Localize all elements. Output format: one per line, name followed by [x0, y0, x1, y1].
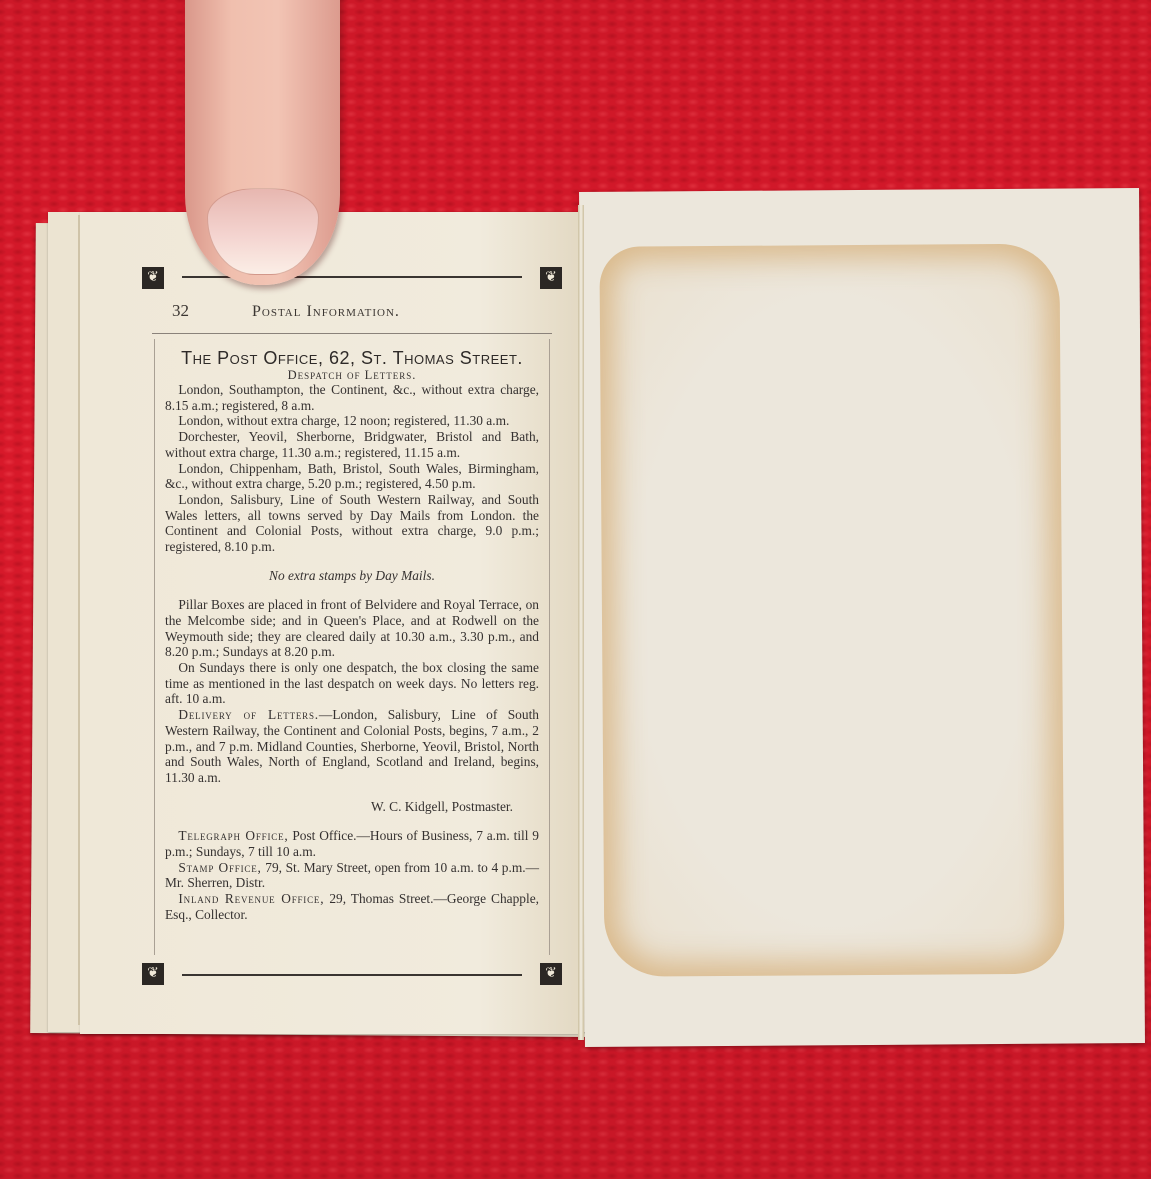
header-rule	[152, 333, 552, 334]
delivery-paragraph: Delivery of Letters.—London, Salisbury, …	[165, 707, 539, 786]
inland-revenue-heading: Inland Revenue Office,	[178, 891, 324, 906]
running-head: Postal Information.	[252, 303, 400, 321]
telegraph-paragraph: Telegraph Office, Post Office.—Hours of …	[165, 828, 539, 859]
despatch-paragraph: London, without extra charge, 12 noon; r…	[165, 413, 539, 429]
despatch-paragraph: Dorchester, Yeovil, Sherborne, Bridgwate…	[165, 429, 539, 460]
day-mails-note: No extra stamps by Day Mails.	[165, 568, 539, 584]
telegraph-heading: Telegraph Office,	[178, 828, 288, 843]
corner-ornament-top-right: ❦	[540, 267, 562, 289]
foxing-stain	[599, 244, 1064, 977]
corner-ornament-bottom-right: ❦	[540, 963, 562, 985]
section-title: The Post Office, 62, St. Thomas Street.	[165, 347, 539, 369]
despatch-paragraph: London, Southampton, the Continent, &c.,…	[165, 382, 539, 413]
despatch-heading: Despatch of Letters.	[165, 369, 539, 382]
booklet-spine	[578, 205, 584, 1040]
left-page: ❦ ❦ ❦ ❦ 32 Postal Information. The Post …	[80, 212, 580, 1034]
postmaster-signature: W. C. Kidgell, Postmaster.	[165, 799, 539, 815]
page-number: 32	[172, 301, 252, 321]
pillar-boxes-paragraph: Pillar Boxes are placed in front of Belv…	[165, 597, 539, 660]
despatch-paragraph: London, Salisbury, Line of South Western…	[165, 492, 539, 555]
page-edge	[78, 215, 80, 1025]
page-body: The Post Office, 62, St. Thomas Street. …	[154, 339, 550, 955]
thumb-holding-page	[185, 0, 340, 285]
corner-ornament-bottom-left: ❦	[142, 963, 164, 985]
right-page-blank	[579, 188, 1145, 1047]
page-header: 32 Postal Information.	[172, 301, 542, 321]
bottom-rule	[182, 974, 522, 976]
stamp-office-heading: Stamp Office,	[178, 860, 261, 875]
sunday-paragraph: On Sundays there is only one despatch, t…	[165, 660, 539, 707]
inland-revenue-paragraph: Inland Revenue Office, 29, Thomas Street…	[165, 891, 539, 922]
delivery-heading: Delivery of Letters.	[178, 707, 319, 722]
ornamental-frame: ❦ ❦ ❦ ❦ 32 Postal Information. The Post …	[142, 267, 562, 985]
stamp-office-paragraph: Stamp Office, 79, St. Mary Street, open …	[165, 860, 539, 891]
despatch-paragraph: London, Chippenham, Bath, Bristol, South…	[165, 461, 539, 492]
corner-ornament-top-left: ❦	[142, 267, 164, 289]
thumbnail	[207, 188, 319, 275]
